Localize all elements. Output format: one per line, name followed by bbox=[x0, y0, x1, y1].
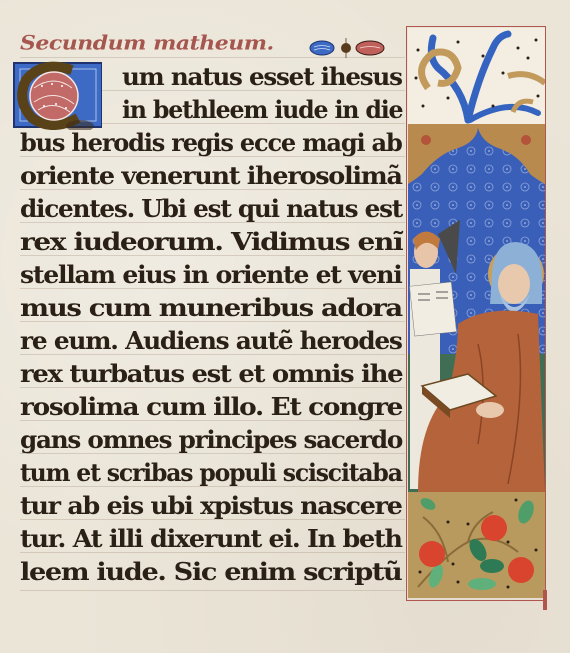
decorated-initial bbox=[12, 60, 102, 130]
text-line: re eum. Audiens autẽ herodes bbox=[20, 326, 402, 358]
text-line: rex turbatus est et omnis ihe bbox=[20, 359, 402, 391]
text-line: gans omnes principes sacerdo bbox=[20, 425, 402, 457]
rubric-heading: Secundum matheum. bbox=[20, 31, 274, 54]
text-line: stellam eius in oriente et veni bbox=[20, 260, 402, 292]
text-line: tum et scribas populi sciscitaba bbox=[20, 458, 402, 490]
text-line: rex iudeorum. Vidimus enĩ bbox=[20, 227, 402, 259]
text-line: um natus esset ihesus bbox=[122, 62, 402, 94]
text-line: rosolima cum illo. Et congre bbox=[20, 392, 402, 424]
acanthus-border-panel bbox=[408, 28, 545, 124]
text-line: dicentes. Ubi est qui natus est bbox=[20, 194, 402, 226]
text-line: leem iude. Sic enim scriptũ bbox=[20, 557, 401, 589]
text-line: tur. At illi dixerunt ei. In beth bbox=[20, 524, 402, 556]
border-tick bbox=[543, 590, 547, 610]
text-line: in bethleem iude in die bbox=[122, 95, 402, 127]
strawberry-border-panel bbox=[408, 492, 545, 598]
manuscript-page: Secundum matheum. um natus esset ihesus … bbox=[0, 0, 570, 653]
text-line: bus herodis regis ecce magi ab bbox=[20, 128, 402, 160]
saint-matthew-illustration bbox=[408, 124, 545, 492]
evangelist-miniature bbox=[408, 124, 545, 492]
strawberry-vine-icon bbox=[408, 492, 545, 598]
acanthus-icon bbox=[408, 28, 545, 124]
text-line: mus cum muneribus adora bbox=[20, 293, 402, 325]
text-line: tur ab eis ubi xpistus nascere bbox=[20, 491, 402, 523]
line-filler-ornament bbox=[308, 38, 392, 58]
text-line: oriente venerunt iherosolimã bbox=[20, 161, 402, 193]
